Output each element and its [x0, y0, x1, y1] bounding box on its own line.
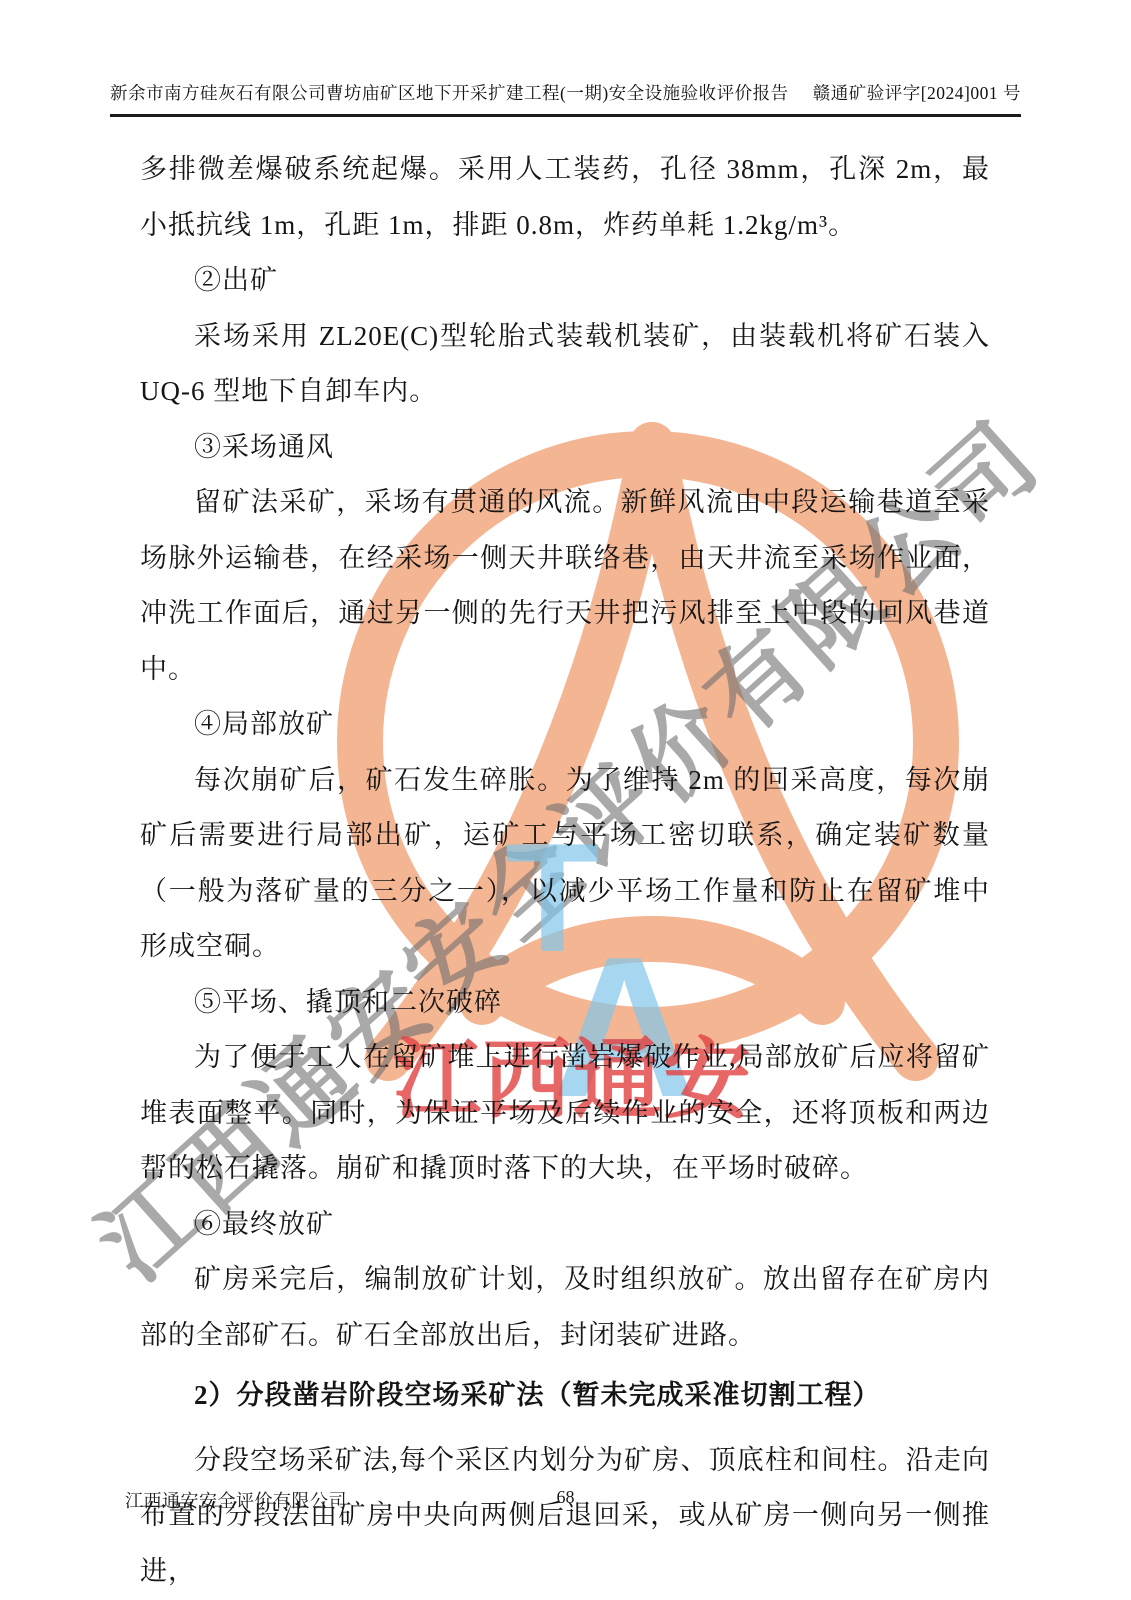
page-number: 68 — [557, 1487, 575, 1508]
header-document-number: 赣通矿验评字[2024]001 号 — [813, 80, 1021, 105]
body-paragraph: 每次崩矿后，矿石发生碎胀。为了维持 2m 的回采高度，每次崩矿后需要进行局部出矿… — [140, 753, 990, 975]
header-report-title: 新余市南方硅灰石有限公司曹坊庙矿区地下开采扩建工程(一期)安全设施验收评价报告 — [110, 80, 789, 105]
section-heading: 2）分段凿岩阶段空场采矿法（暂未完成采准切割工程） — [140, 1368, 990, 1424]
body-paragraph: 分段空场采矿法,每个采区内划分为矿房、顶底柱和间柱。沿走向布置的分段法由矿房中央… — [140, 1433, 990, 1600]
header-divider — [110, 114, 1021, 117]
body-text: 多排微差爆破系统起爆。采用人工装药，孔径 38mm，孔深 2m，最小抵抗线 1m… — [140, 142, 990, 1599]
body-paragraph: ②出矿 — [140, 253, 990, 309]
page-header: 新余市南方硅灰石有限公司曹坊庙矿区地下开采扩建工程(一期)安全设施验收评价报告 … — [110, 80, 1021, 105]
body-paragraph: 采场采用 ZL20E(C)型轮胎式装载机装矿，由装载机将矿石装入 UQ-6 型地… — [140, 309, 990, 420]
body-paragraph: 多排微差爆破系统起爆。采用人工装药，孔径 38mm，孔深 2m，最小抵抗线 1m… — [140, 142, 990, 253]
body-paragraph: 留矿法采矿，采场有贯通的风流。新鲜风流由中段运输巷道至采场脉外运输巷，在经采场一… — [140, 475, 990, 697]
body-paragraph: ③采场通风 — [140, 420, 990, 476]
body-paragraph: ⑥最终放矿 — [140, 1197, 990, 1253]
body-paragraph: 矿房采完后，编制放矿计划，及时组织放矿。放出留存在矿房内部的全部矿石。矿石全部放… — [140, 1252, 990, 1363]
body-paragraph: 为了便于工人在留矿堆上进行凿岩爆破作业,局部放矿后应将留矿堆表面整平。同时，为保… — [140, 1030, 990, 1197]
body-paragraph: ⑤平场、撬顶和二次破碎 — [140, 975, 990, 1031]
footer-company-name: 江西通安安全评价有限公司 — [125, 1487, 347, 1513]
body-paragraph: ④局部放矿 — [140, 697, 990, 753]
